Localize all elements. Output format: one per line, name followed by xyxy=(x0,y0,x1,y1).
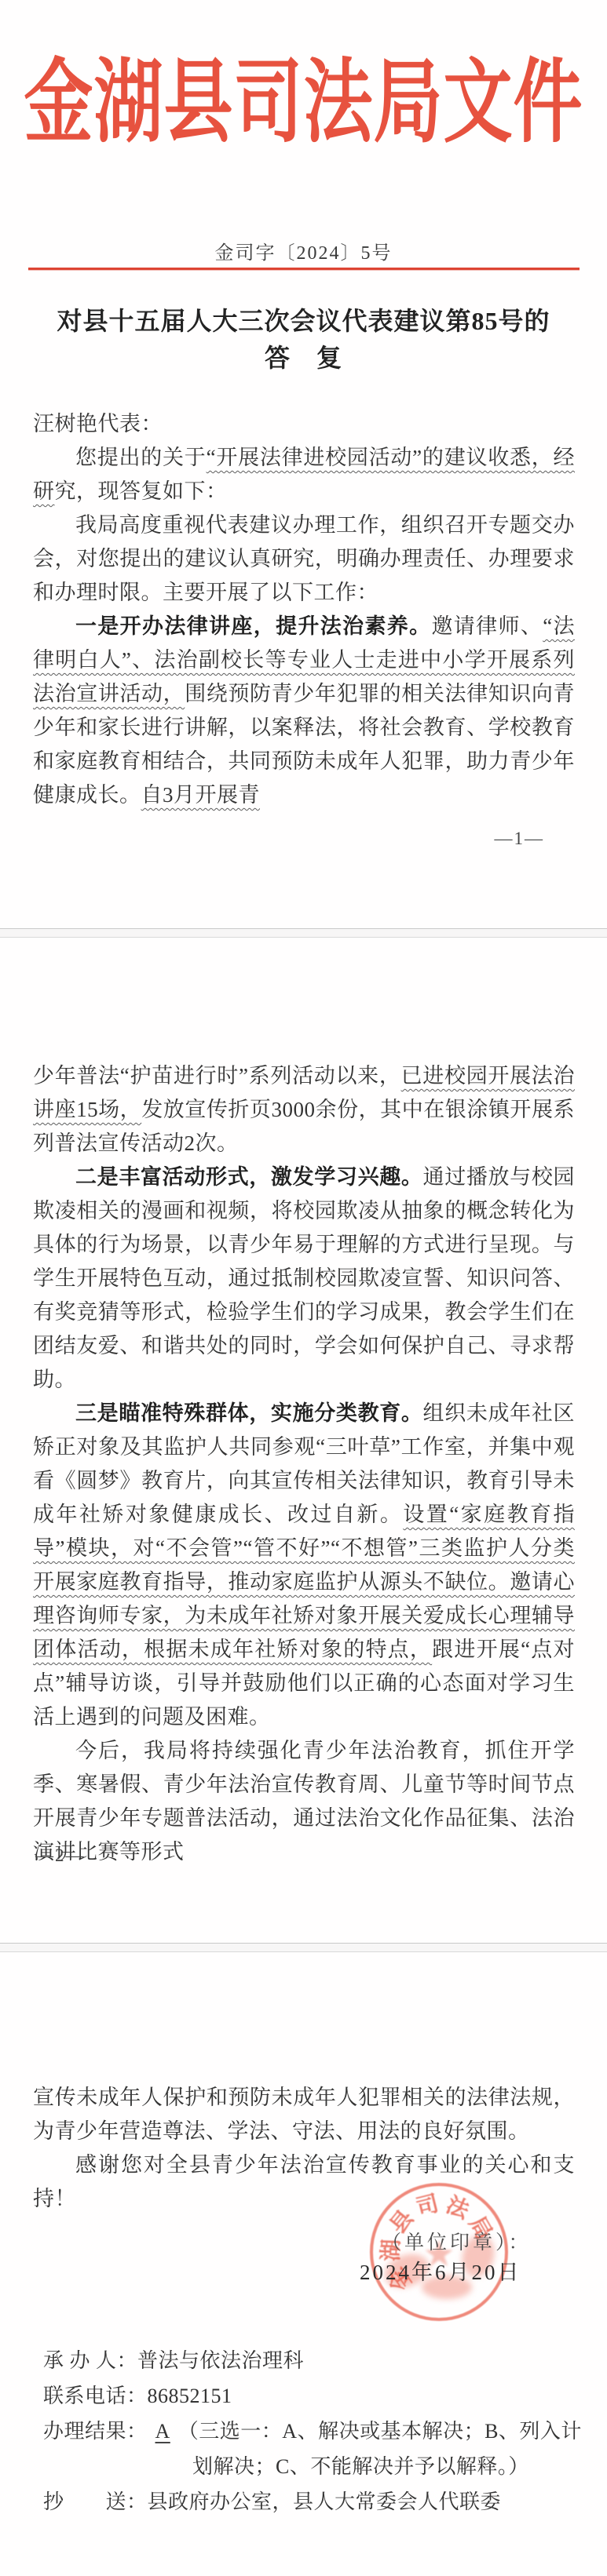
text-segment: 究，现答复如下： xyxy=(55,479,228,503)
footer-block: 承 办 人：普法与依法治理科 联系电话：86852151 办理结果：A（三选一：… xyxy=(43,2343,585,2520)
text-segment: 承 办 人：普法与依法治理科 xyxy=(43,2349,304,2372)
text-segment: 通过播放与校园欺凌相关的漫画和视频，将校园欺凌从抽象的概念转化为具体的行为场景，… xyxy=(33,1165,575,1391)
text-segment: 抄 送：县政府办公室，县人大常委会人代联委 xyxy=(43,2490,501,2513)
salutation: 汪树艳代表： xyxy=(33,407,575,441)
undertaker-line: 承 办 人：普法与依法治理科 xyxy=(43,2343,585,2378)
paragraph: 您提出的关于“开展法律进校园活动”的建议收悉，经研究，现答复如下： xyxy=(33,441,575,508)
page2-body: 少年普法“护苗进行时”系列活动以来，已进校园开展法治讲座15场，发放宣传折页30… xyxy=(33,1059,575,1869)
text-segment: （三选一：A、解决或基本解决；B、列入计 xyxy=(178,2420,582,2443)
text-segment: 联系电话：86852151 xyxy=(43,2385,232,2407)
page-number-2: —2— xyxy=(35,1845,86,1866)
text-segment: 办理结果： xyxy=(43,2420,148,2443)
document-number: 金司字〔2024〕5号 xyxy=(0,237,607,264)
result-line-continued: 划解决；C、不能解决并予以解释。） xyxy=(43,2449,585,2484)
text-segment: 自3月开展青 xyxy=(141,783,261,807)
page1-body: 汪树艳代表： 您提出的关于“开展法律进校园活动”的建议收悉，经研究，现答复如下：… xyxy=(33,407,575,812)
copy-to-line: 抄 送：县政府办公室，县人大常委会人代联委 xyxy=(43,2484,585,2520)
text-segment: 邀请律师、 xyxy=(431,614,543,638)
signature-date: 2024年6月20日 xyxy=(360,2255,521,2286)
text-segment: 划解决；C、不能解决并予以解释。） xyxy=(192,2455,529,2478)
page-number-1: —1— xyxy=(495,829,545,849)
text-segment: 根据未成年社矫对象的特点， xyxy=(144,1638,432,1661)
document-page: 金湖县司法局文件 金司字〔2024〕5号 对县十五届人大三次会议代表建议第85号… xyxy=(0,0,607,2576)
document-title-line1: 对县十五届人大三次会议代表建议第85号的 xyxy=(0,303,607,340)
document-title: 对县十五届人大三次会议代表建议第85号的 答 复 xyxy=(0,303,607,377)
paragraph: 我局高度重视代表建议办理工作，组织召开专题交办会，对您提出的建议认真研究，明确办… xyxy=(33,508,575,610)
contact-phone-line: 联系电话：86852151 xyxy=(43,2378,585,2414)
paragraph: 三是瞄准特殊群体，实施分类教育。组织未成年社区矫正对象及其监护人共同参观“三叶草… xyxy=(33,1397,575,1734)
text-segment: 您提出的关于 xyxy=(75,446,207,469)
text-segment: 宣传未成年人保护和预防未成年人犯罪相关的法律法规，为青少年营造尊法、学法、守法、… xyxy=(33,2086,575,2143)
text-segment: 二是丰富活动形式，激发学习兴趣。 xyxy=(75,1165,423,1189)
paragraph: 一是开办法律讲座，提升法治素养。邀请律师、“法律明白人”、法治副校长等专业人士走… xyxy=(33,610,575,812)
paragraph: 二是丰富活动形式，激发学习兴趣。通过播放与校园欺凌相关的漫画和视频，将校园欺凌从… xyxy=(33,1160,575,1397)
text-segment: 汪树艳代表： xyxy=(33,412,163,435)
result-line: 办理结果：A（三选一：A、解决或基本解决；B、列入计 xyxy=(43,2414,585,2449)
paragraph: 少年普法“护苗进行时”系列活动以来，已进校园开展法治讲座15场，发放宣传折页30… xyxy=(33,1059,575,1160)
letterhead-divider xyxy=(28,268,580,270)
text-segment: 我局高度重视代表建议办理工作，组织召开专题交办会，对您提出的建议认真研究，明确办… xyxy=(33,513,575,604)
text-segment: 三是瞄准特殊群体，实施分类教育。 xyxy=(75,1401,423,1425)
page-break xyxy=(0,928,607,938)
agency-letterhead: 金湖县司法局文件 xyxy=(0,30,607,160)
text-segment: 一是开办法律讲座，提升法治素养。 xyxy=(75,614,431,638)
paragraph: 宣传未成年人保护和预防未成年人犯罪相关的法律法规，为青少年营造尊法、学法、守法、… xyxy=(33,2081,575,2148)
text-segment: A xyxy=(148,2420,178,2443)
document-title-line2: 答 复 xyxy=(0,340,607,377)
text-segment: 今后，我局将持续强化青少年法治教育，抓住开学季、寒暑假、青少年法治宣传教育周、儿… xyxy=(33,1739,575,1864)
text-segment: 少年普法“护苗进行时”系列活动以来， xyxy=(33,1064,401,1088)
paragraph: 今后，我局将持续强化青少年法治教育，抓住开学季、寒暑假、青少年法治宣传教育周、儿… xyxy=(33,1734,575,1869)
page-break xyxy=(0,1943,607,1952)
seal-placeholder-label: （单位印章）： xyxy=(382,2227,532,2255)
